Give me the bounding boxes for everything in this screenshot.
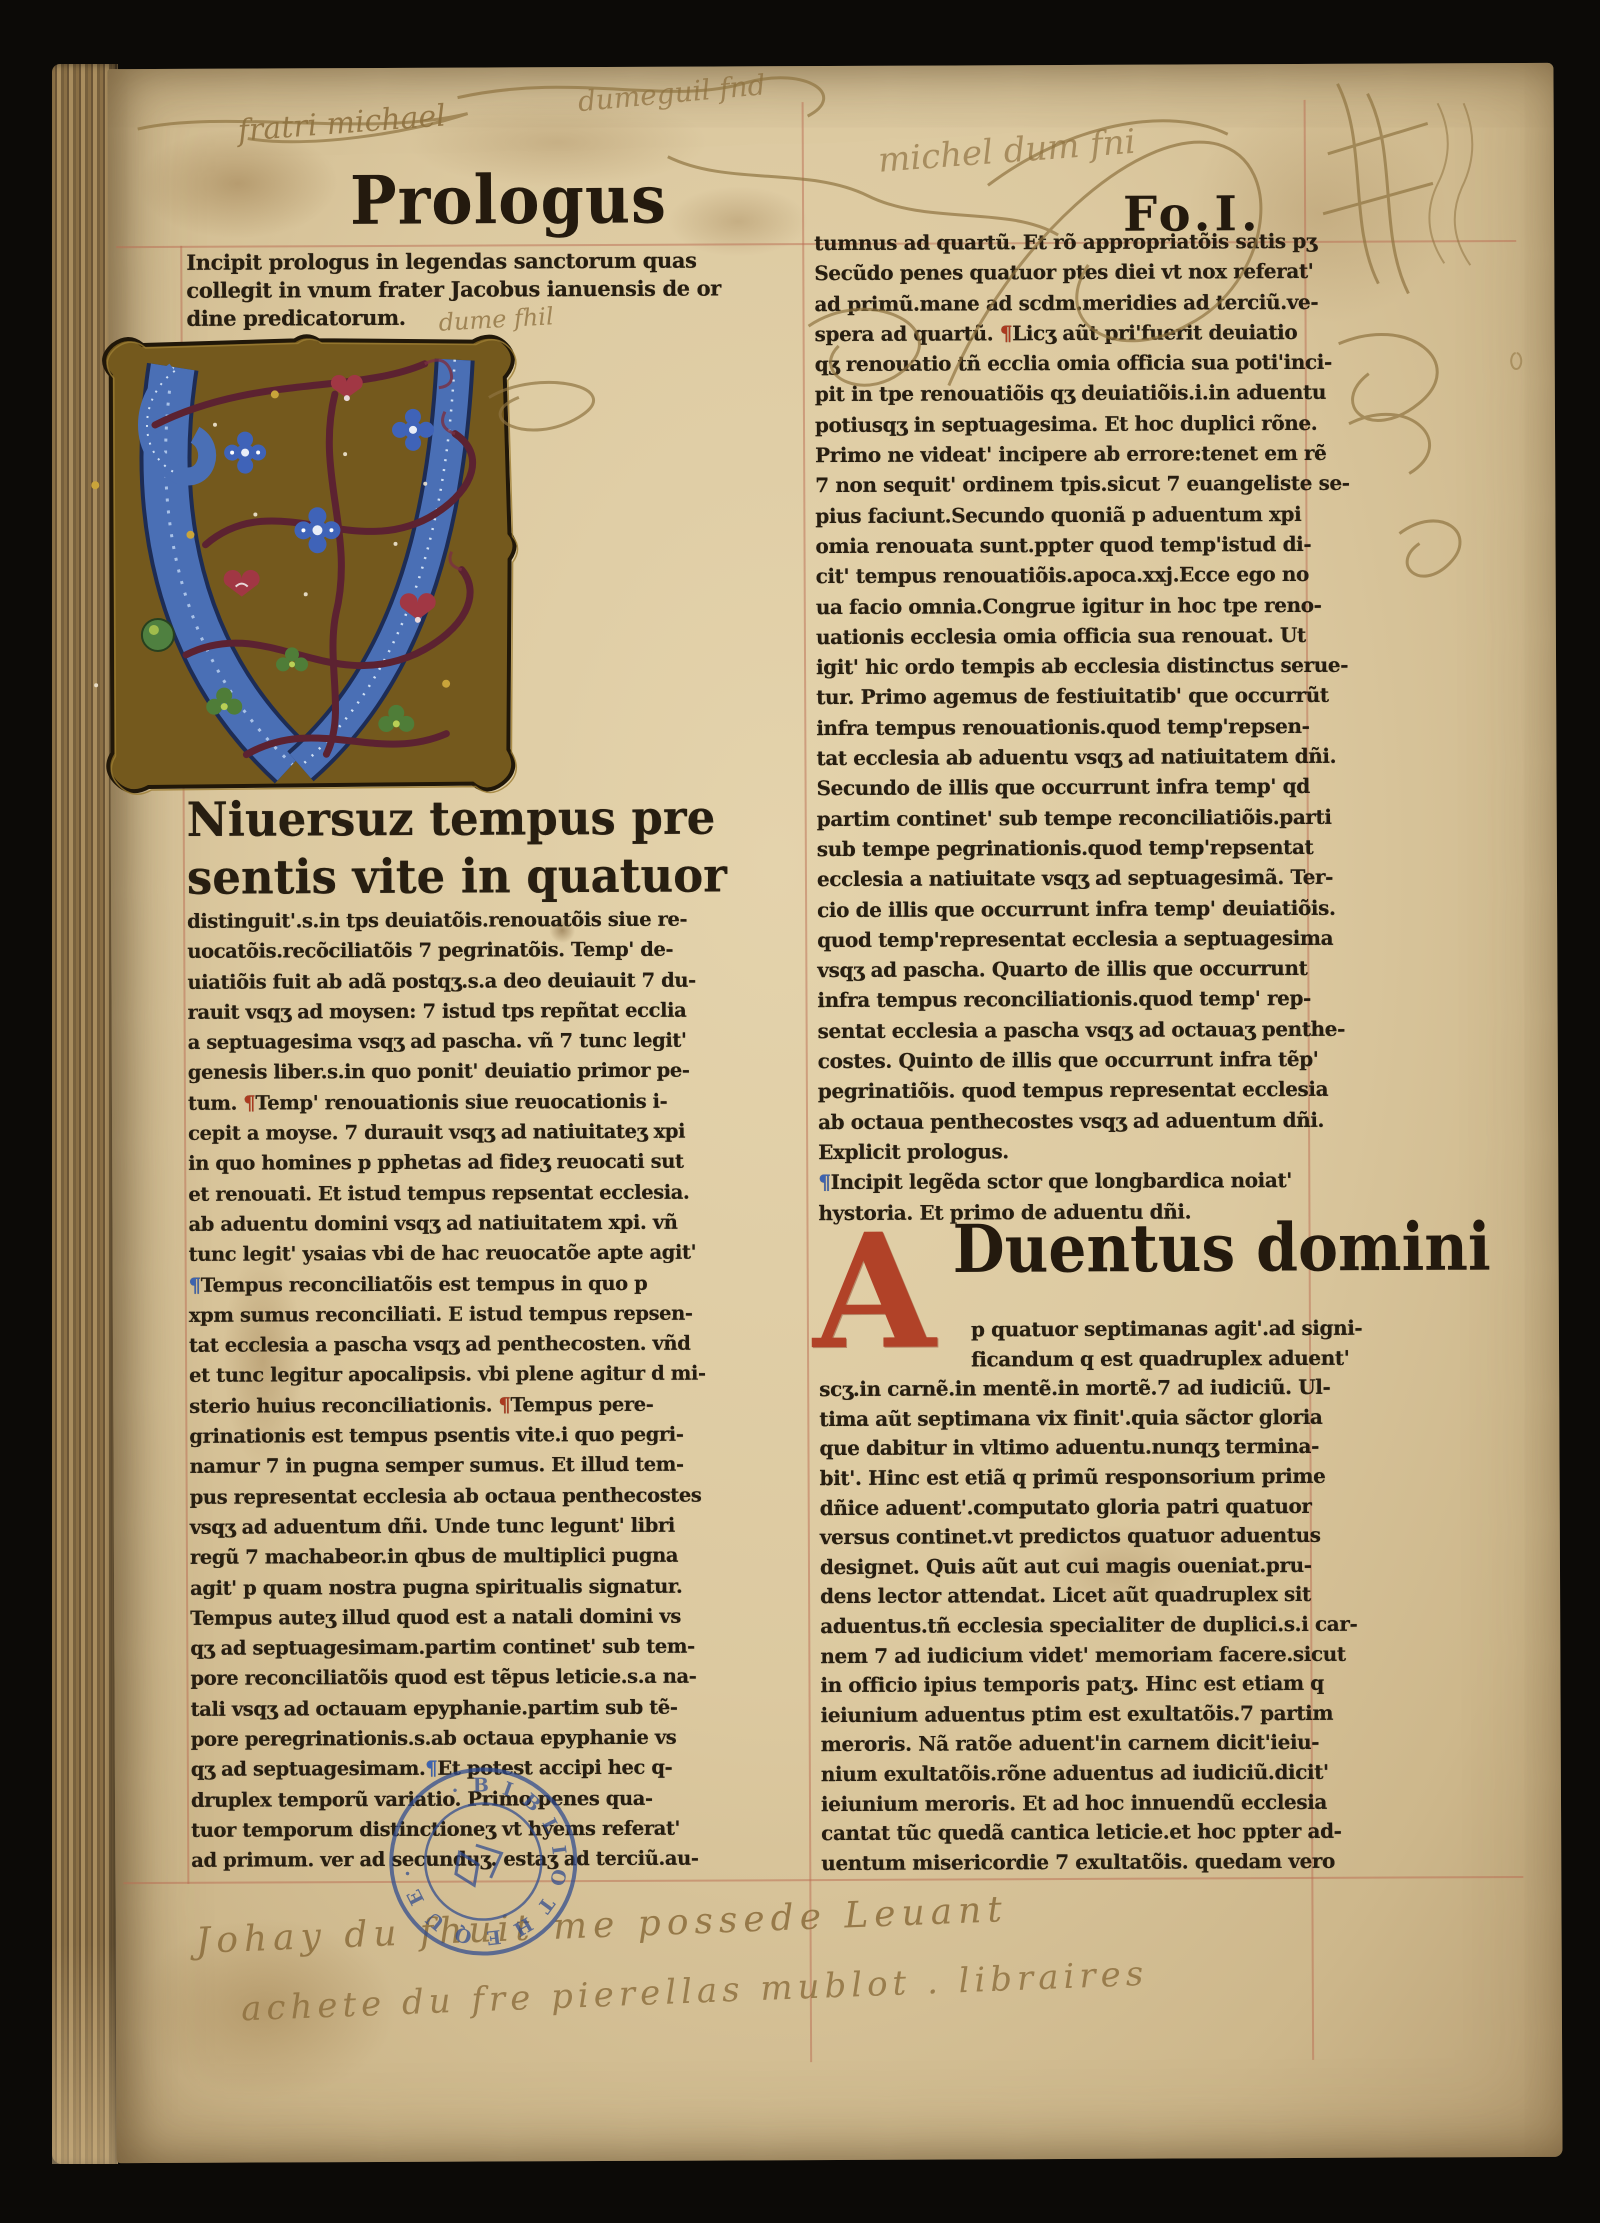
pen-scribbles (107, 63, 1562, 2163)
stamp-text: · B I B L I O T H E Q U E · (368, 1746, 599, 1977)
svg-text:· B I B L I O T H E Q U E ·: · B I B L I O T H E Q U E · (368, 1746, 599, 1977)
page: Prologus Fo.I. Incipit prologus in legen… (107, 63, 1562, 2163)
book-photo: Prologus Fo.I. Incipit prologus in legen… (0, 0, 1600, 2223)
library-stamp: · B I B L I O T H E Q U E · (383, 1761, 584, 1962)
